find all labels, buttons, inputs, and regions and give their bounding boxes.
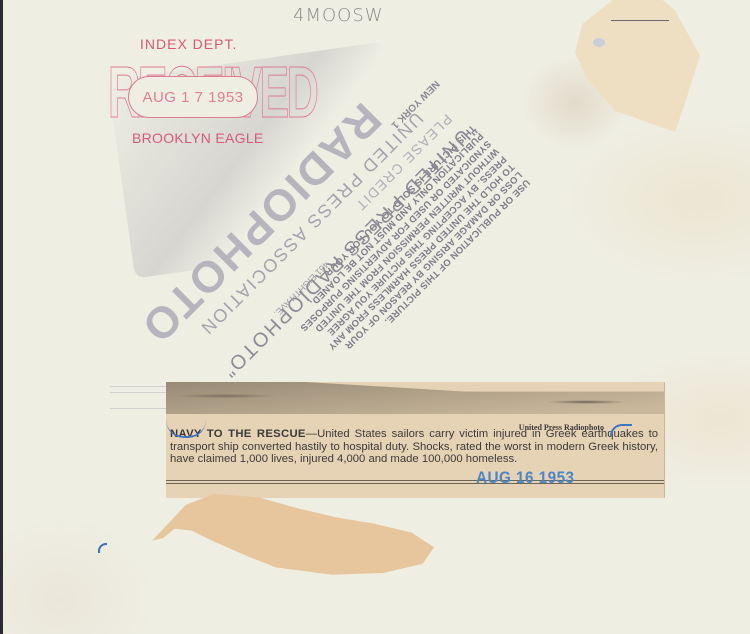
clipping-date-stamp: AUG 16 1953 [476, 468, 575, 488]
paper-hole [593, 38, 605, 47]
received-date: AUG 1 7 1953 [128, 76, 258, 118]
photo-verso: 4MOOSW USE OR PUBLICATION OF THIS PICTUR… [0, 0, 750, 634]
faint-streaks [110, 378, 170, 418]
adhesive-residue [152, 492, 434, 584]
left-edge-border [0, 0, 3, 634]
blue-pen-tick [98, 543, 107, 553]
clipping-rule [166, 480, 664, 481]
clipping-rule [166, 483, 664, 484]
stamp-city: NEW YORK 1 [389, 78, 441, 130]
brooklyn-eagle: BROOKLYN EAGLE [132, 130, 264, 146]
index-dept: INDEX DEPT. [140, 36, 237, 52]
stamp-address: 461 EIGHTH AVE. [272, 260, 331, 319]
clipping-photo-strip [166, 382, 664, 414]
received-stamp: INDEX DEPT. RECEIVED AUG 1 7 1953 BROOKL… [108, 32, 283, 150]
newspaper-clipping: United Press Radiophoto NAVY TO THE RESC… [166, 382, 665, 498]
handwritten-code: 4MOOSW [293, 5, 384, 26]
pencil-line [611, 20, 669, 21]
clipping-caption: NAVY TO THE RESCUE—United States sailors… [170, 428, 658, 466]
